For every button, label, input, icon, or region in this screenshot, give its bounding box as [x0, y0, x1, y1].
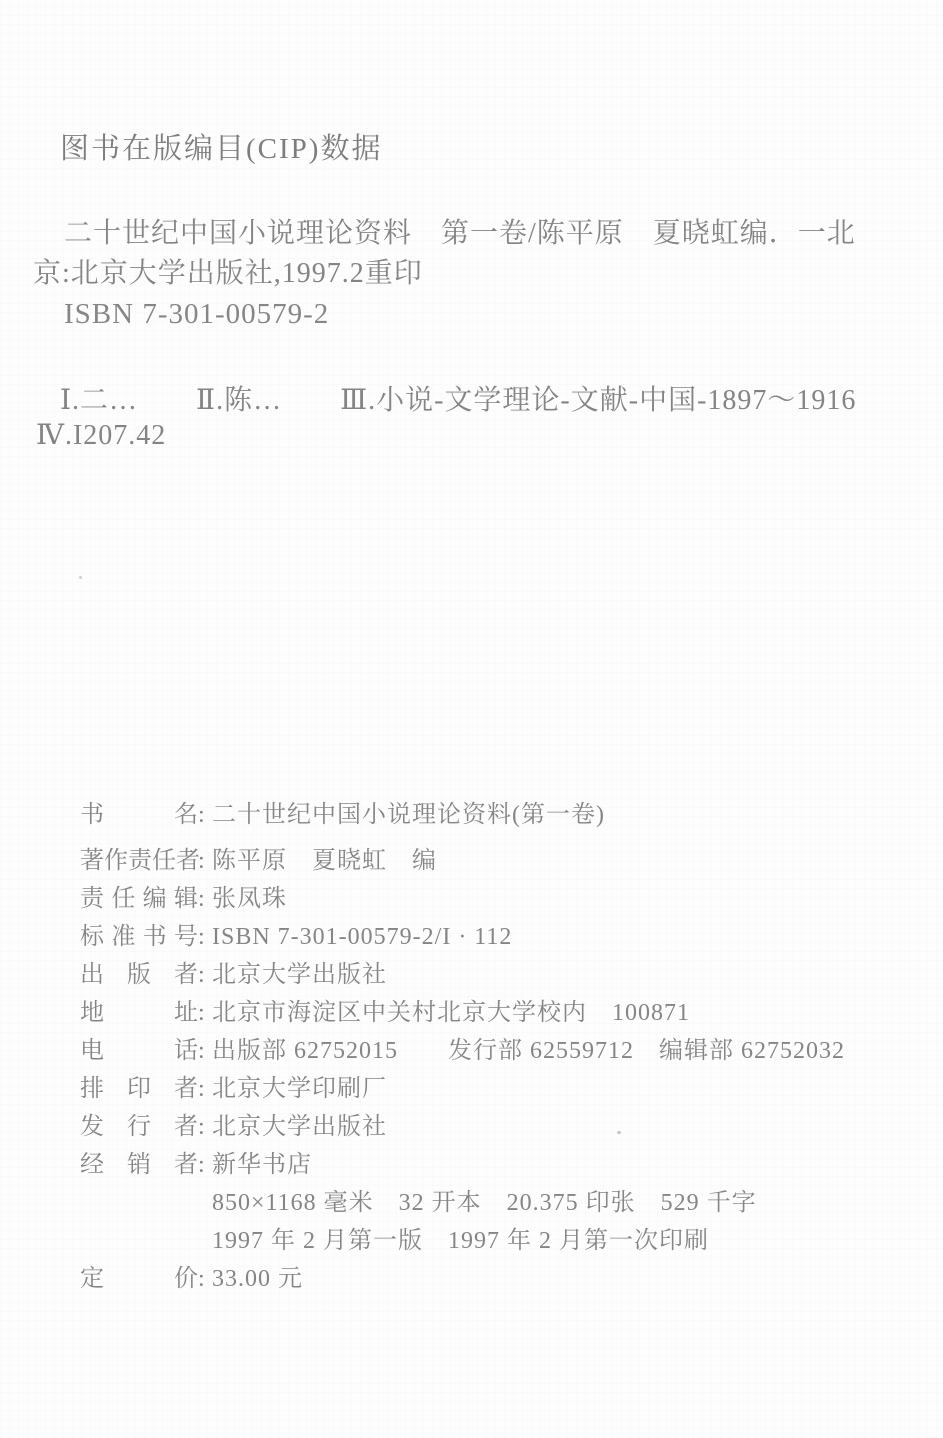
colophon-label: 责任编辑 [80, 880, 198, 918]
colophon-row-format: 850×1168 毫米 32 开本 20.375 印张 529 千字 [80, 1184, 880, 1222]
colophon-label: 标准书号 [80, 918, 198, 956]
colophon-row-phone: 电话:出版部 62752015 发行部 62559712 编辑部 6275203… [80, 1032, 880, 1070]
colophon-colon: : [198, 994, 212, 1032]
colophon-value: ISBN 7-301-00579-2/I · 112 [212, 918, 512, 956]
colophon-label: 著作责任者 [80, 842, 198, 880]
scan-speck [617, 1131, 621, 1134]
colophon-value: 北京大学出版社 [212, 956, 387, 994]
colophon-value: 陈平原 夏晓虹 编 [212, 842, 437, 880]
colophon-value: 新华书店 [212, 1146, 312, 1184]
colophon-row-authors: 著作责任者:陈平原 夏晓虹 编 [80, 842, 880, 880]
colophon-row-edition: 1997 年 2 月第一版 1997 年 2 月第一次印刷 [80, 1222, 880, 1260]
colophon-label: 地址 [80, 994, 198, 1032]
colophon-label: 发行者 [80, 1108, 198, 1146]
colophon-value: 850×1168 毫米 32 开本 20.375 印张 529 千字 [212, 1184, 757, 1222]
classification-line1: Ⅰ.二… Ⅱ.陈… Ⅲ.小说-文学理论-文献-中国-1897～1916 [60, 378, 856, 418]
cip-header: 图书在版编目(CIP)数据 [60, 126, 382, 167]
colophon-colon: : [198, 1108, 212, 1146]
cip-entry-line1: 二十世纪中国小说理论资料 第一卷/陈平原 夏晓虹编．一北 [64, 211, 856, 251]
colophon-row-editor: 责任编辑:张凤珠 [80, 880, 880, 918]
colophon-colon: : [198, 918, 212, 956]
colophon-row-standard-number: 标准书号:ISBN 7-301-00579-2/I · 112 [80, 918, 880, 956]
scan-speck [79, 576, 82, 579]
colophon-label: 定价 [80, 1260, 198, 1298]
colophon-value: 张凤珠 [212, 880, 287, 918]
colophon-colon: : [198, 1032, 212, 1070]
colophon-colon: : [198, 1146, 212, 1184]
colophon-colon: : [198, 1070, 212, 1108]
colophon-label: 电话 [80, 1032, 198, 1070]
colophon-label: 经销者 [80, 1146, 198, 1184]
cip-entry-line2: 京:北京大学出版社,1997.2重印 [33, 251, 423, 291]
colophon-row-seller: 经销者:新华书店 [80, 1146, 880, 1184]
colophon-value: 出版部 62752015 发行部 62559712 编辑部 62752032 [212, 1032, 845, 1070]
colophon-row-distributor: 发行者:北京大学出版社 [80, 1108, 880, 1146]
colophon-label: 书名 [80, 796, 198, 834]
colophon-value: 33.00 元 [212, 1260, 303, 1298]
colophon-block: 书名:二十世纪中国小说理论资料(第一卷) 著作责任者:陈平原 夏晓虹 编 责任编… [80, 796, 880, 1298]
colophon-value: 北京大学印刷厂 [212, 1070, 387, 1108]
colophon-row-printer: 排印者:北京大学印刷厂 [80, 1070, 880, 1108]
colophon-value: 北京大学出版社 [212, 1108, 387, 1146]
classification-line2: Ⅳ.I207.42 [36, 418, 166, 452]
colophon-row-publisher: 出版者:北京大学出版社 [80, 956, 880, 994]
book-copyright-page: 图书在版编目(CIP)数据 二十世纪中国小说理论资料 第一卷/陈平原 夏晓虹编．… [0, 0, 943, 1438]
colophon-row-price: 定价:33.00 元 [80, 1260, 880, 1298]
colophon-label: 排印者 [80, 1070, 198, 1108]
colophon-row-title: 书名:二十世纪中国小说理论资料(第一卷) [80, 796, 880, 834]
isbn-line: ISBN 7-301-00579-2 [64, 298, 329, 331]
colophon-colon: : [198, 796, 212, 834]
colophon-value: 1997 年 2 月第一版 1997 年 2 月第一次印刷 [212, 1222, 709, 1260]
colophon-colon: : [198, 880, 212, 918]
colophon-value: 二十世纪中国小说理论资料(第一卷) [212, 796, 605, 834]
colophon-colon: : [198, 1260, 212, 1298]
colophon-label: 出版者 [80, 956, 198, 994]
colophon-value: 北京市海淀区中关村北京大学校内 100871 [212, 994, 690, 1032]
colophon-colon: : [198, 842, 212, 880]
colophon-row-address: 地址:北京市海淀区中关村北京大学校内 100871 [80, 994, 880, 1032]
colophon-colon: : [198, 956, 212, 994]
